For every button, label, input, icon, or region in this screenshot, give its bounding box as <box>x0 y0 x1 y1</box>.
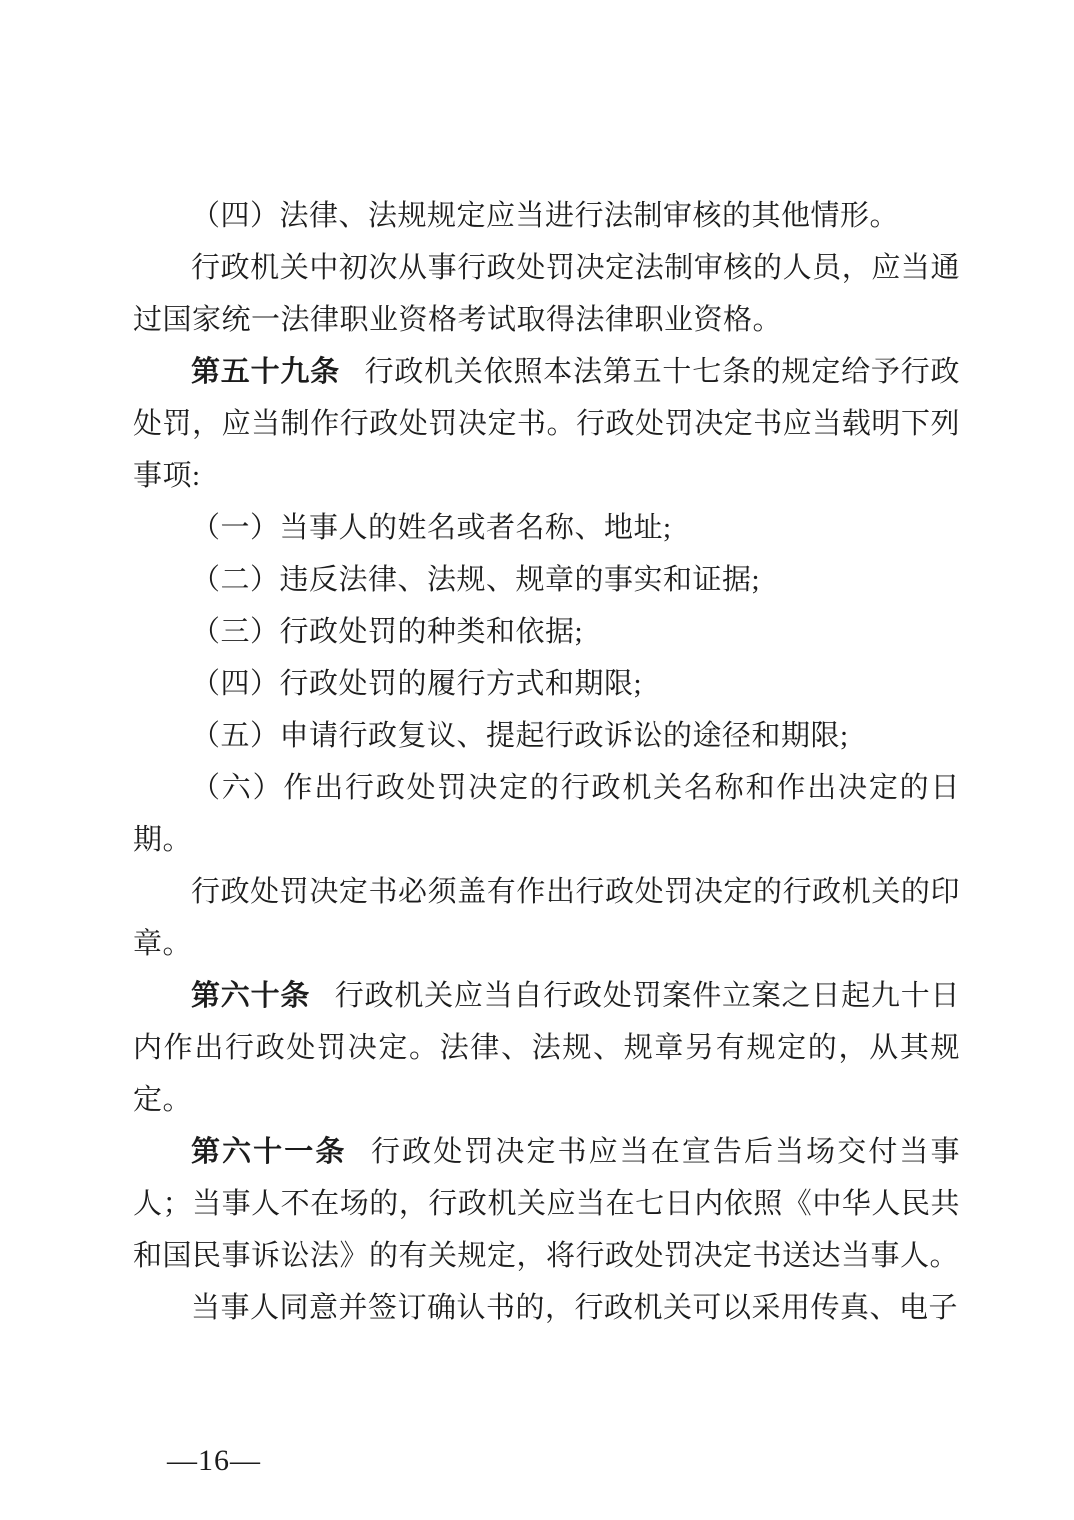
list-item-si: （四）行政处罚的履行方式和期限; <box>133 658 960 710</box>
article-61-number: 第六十一条 <box>191 1136 346 1168</box>
paragraph-legal-qualification: 行政机关中初次从事行政处罚决定法制审核的人员，应当通过国家统一法律职业资格考试取… <box>133 242 960 346</box>
document-page: （四）法律、法规规定应当进行法制审核的其他情形。 行政机关中初次从事行政处罚决定… <box>0 0 1074 1520</box>
document-body: （四）法律、法规规定应当进行法制审核的其他情形。 行政机关中初次从事行政处罚决定… <box>133 190 960 1334</box>
paragraph-text: （三）行政处罚的种类和依据; <box>191 616 583 648</box>
paragraph-text: （四）法律、法规规定应当进行法制审核的其他情形。 <box>191 200 899 232</box>
list-item-wu: （五）申请行政复议、提起行政诉讼的途径和期限; <box>133 710 960 762</box>
article-60: 第六十条行政机关应当自行政处罚案件立案之日起九十日内作出行政处罚决定。法律、法规… <box>133 970 960 1126</box>
paragraph-delivery-methods: 当事人同意并签订确认书的，行政机关可以采用传真、电子 <box>133 1282 960 1334</box>
paragraph-text: （五）申请行政复议、提起行政诉讼的途径和期限; <box>191 720 849 752</box>
paragraph-text: （二）违反法律、法规、规章的事实和证据; <box>191 564 760 596</box>
paragraph-text: 行政处罚决定书必须盖有作出行政处罚决定的行政机关的印章。 <box>133 876 960 960</box>
list-item-san: （三）行政处罚的种类和依据; <box>133 606 960 658</box>
list-item-yi: （一）当事人的姓名或者名称、地址; <box>133 502 960 554</box>
list-item-si-legal-review: （四）法律、法规规定应当进行法制审核的其他情形。 <box>133 190 960 242</box>
paragraph-text: （四）行政处罚的履行方式和期限; <box>191 668 642 700</box>
paragraph-official-seal: 行政处罚决定书必须盖有作出行政处罚决定的行政机关的印章。 <box>133 866 960 970</box>
list-item-liu: （六）作出行政处罚决定的行政机关名称和作出决定的日期。 <box>133 762 960 866</box>
article-60-number: 第六十条 <box>191 980 310 1012</box>
list-item-er: （二）违反法律、法规、规章的事实和证据; <box>133 554 960 606</box>
paragraph-text: （六）作出行政处罚决定的行政机关名称和作出决定的日期。 <box>133 772 960 856</box>
article-59: 第五十九条行政机关依照本法第五十七条的规定给予行政处罚，应当制作行政处罚决定书。… <box>133 346 960 502</box>
paragraph-text: 行政机关中初次从事行政处罚决定法制审核的人员，应当通过国家统一法律职业资格考试取… <box>133 252 960 336</box>
article-59-number: 第五十九条 <box>191 356 340 388</box>
page-number: —16— <box>167 1444 261 1478</box>
paragraph-text: 当事人同意并签订确认书的，行政机关可以采用传真、电子 <box>191 1292 958 1324</box>
paragraph-text: （一）当事人的姓名或者名称、地址; <box>191 512 672 544</box>
article-61: 第六十一条行政处罚决定书应当在宣告后当场交付当事人；当事人不在场的，行政机关应当… <box>133 1126 960 1282</box>
